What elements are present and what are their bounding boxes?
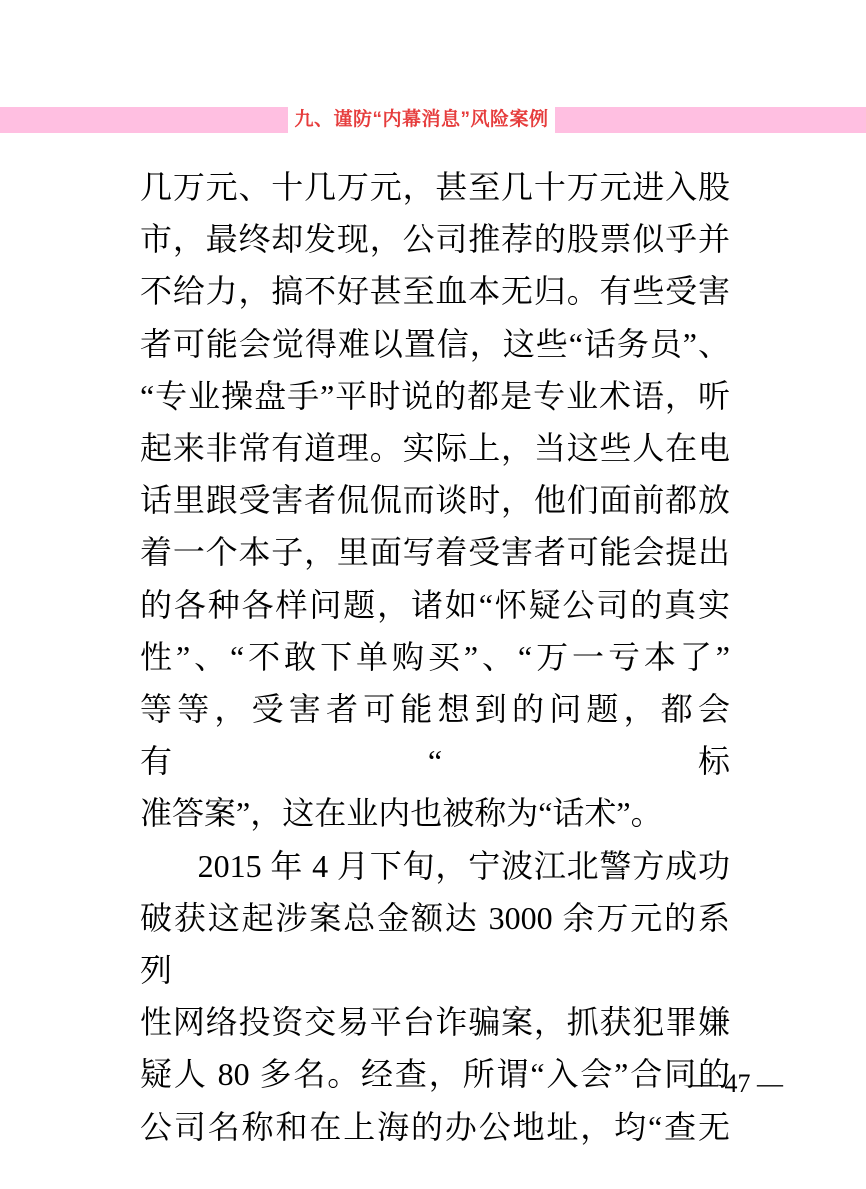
chapter-title-box: 九、谨防“内幕消息”风险案例	[288, 107, 555, 133]
body-line: 等等，受害者可能想到的问题，都会有“标	[140, 683, 730, 787]
body-line: 破获这起涉案总金额达 3000 余万元的系列	[140, 892, 730, 996]
page-number: — 47 —	[655, 1068, 820, 1100]
body-line: “专业操盘手”平时说的都是专业术语，听	[140, 370, 730, 422]
body-line: 不给力，搞不好甚至血本无归。有些受害	[140, 265, 730, 317]
body-line: 疑人 80 多名。经查，所谓“入会”合同的	[140, 1048, 730, 1100]
body-text-block: 几万元、十几万元，甚至几十万元进入股 市，最终却发现，公司推荐的股票似乎并 不给…	[140, 161, 730, 1153]
body-line paragraph-start: 2015 年 4 月下旬，宁波江北警方成功	[140, 840, 730, 892]
body-line: 话里跟受害者侃侃而谈时，他们面前都放	[140, 474, 730, 526]
chapter-header-band: 九、谨防“内幕消息”风险案例	[0, 107, 866, 133]
body-line: 公司名称和在上海的办公地址，均“查无	[140, 1101, 730, 1153]
chapter-title: 九、谨防“内幕消息”风险案例	[294, 107, 548, 133]
body-line: 着一个本子，里面写着受害者可能会提出	[140, 526, 730, 578]
body-line: 性网络投资交易平台诈骗案，抓获犯罪嫌	[140, 996, 730, 1048]
body-line: 者可能会觉得难以置信，这些“话务员”、	[140, 318, 730, 370]
body-line: 性”、“不敢下单购买”、“万一亏本了”	[140, 631, 730, 683]
body-line: 的各种各样问题，诸如“怀疑公司的真实	[140, 579, 730, 631]
body-line: 起来非常有道理。实际上，当这些人在电	[140, 422, 730, 474]
body-line: 几万元、十几万元，甚至几十万元进入股	[140, 161, 730, 213]
body-line paragraph-end: 准答案”，这在业内也被称为“话术”。	[140, 787, 730, 839]
book-page: 九、谨防“内幕消息”风险案例 几万元、十几万元，甚至几十万元进入股 市，最终却发…	[0, 0, 866, 1189]
body-line: 市，最终却发现，公司推荐的股票似乎并	[140, 213, 730, 265]
